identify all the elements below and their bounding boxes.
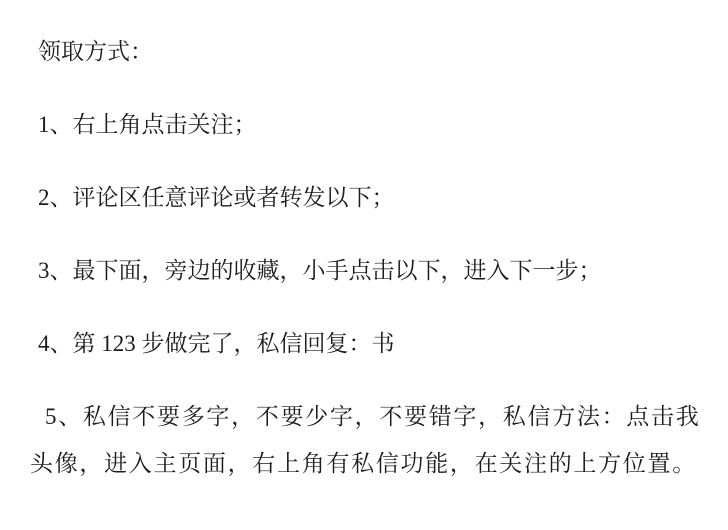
instruction-item-2: 2、评论区任意评论或者转发以下； [38, 174, 700, 221]
doc-heading: 领取方式： [38, 28, 700, 75]
instruction-item-5-line-1: 5、私信不要多字，不要少字，不要错字，私信方法：点击我 [45, 393, 700, 440]
document-body: 领取方式： 1、右上角点击关注； 2、评论区任意评论或者转发以下； 3、最下面，… [0, 0, 728, 487]
instruction-item-5: 5、私信不要多字，不要少字，不要错字，私信方法：点击我 头像，进入主页面，右上角… [30, 393, 700, 487]
instruction-item-4: 4、第 123 步做完了，私信回复：书 [38, 320, 700, 367]
instruction-item-5-line-2: 头像，进入主页面，右上角有私信功能，在关注的上方位置。 [30, 440, 700, 487]
instruction-item-1: 1、右上角点击关注； [38, 101, 700, 148]
document-page: 领取方式： 1、右上角点击关注； 2、评论区任意评论或者转发以下； 3、最下面，… [0, 0, 728, 530]
instruction-item-3: 3、最下面，旁边的收藏，小手点击以下，进入下一步； [38, 247, 700, 294]
